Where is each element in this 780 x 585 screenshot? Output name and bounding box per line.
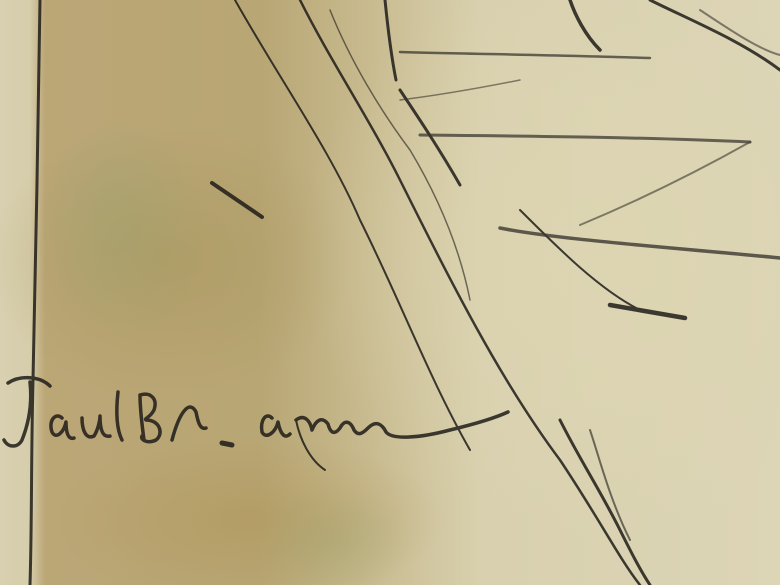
artwork-canvas xyxy=(0,0,780,585)
charcoal-strokes xyxy=(0,0,780,585)
